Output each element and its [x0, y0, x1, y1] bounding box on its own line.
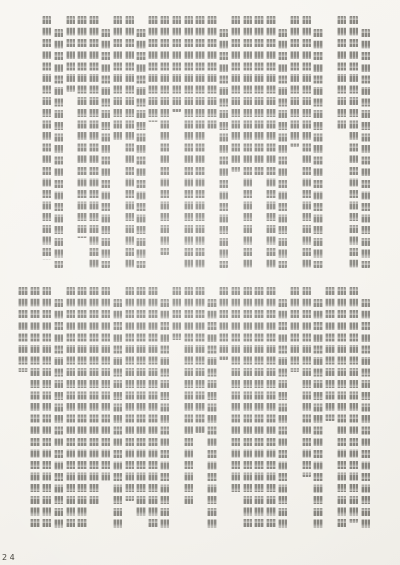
redacted-text-column	[219, 287, 229, 360]
upper-text-block	[38, 16, 370, 268]
page-number: 24	[2, 553, 17, 562]
redacted-text-column	[160, 299, 170, 530]
redacted-text-column	[278, 29, 288, 268]
redacted-text-column	[195, 16, 205, 268]
redacted-text-column	[136, 29, 146, 268]
redacted-text-column	[243, 287, 253, 530]
redacted-text-column	[290, 287, 300, 372]
redacted-text-column	[113, 299, 123, 530]
redacted-text-column	[349, 287, 359, 523]
redacted-text-column	[172, 16, 182, 112]
redacted-text-column	[361, 299, 371, 530]
redacted-text-column	[254, 16, 264, 175]
redacted-text-column	[184, 287, 194, 506]
redacted-text-column	[313, 29, 323, 268]
redacted-text-column	[337, 16, 347, 129]
redacted-text-column	[125, 287, 135, 501]
redacted-text-column	[266, 287, 276, 530]
redacted-text-column	[136, 287, 146, 518]
redacted-text-column	[42, 16, 52, 260]
redacted-text-column	[77, 287, 87, 530]
redacted-text-column	[89, 287, 99, 506]
redacted-text-column	[89, 16, 99, 268]
redacted-text-column	[290, 16, 300, 147]
redacted-text-column	[231, 16, 241, 172]
scanned-page: 24	[0, 0, 400, 565]
redacted-text-column	[302, 287, 312, 477]
redacted-text-column	[231, 287, 241, 494]
redacted-text-column	[54, 29, 64, 268]
redacted-text-column	[207, 16, 217, 129]
redacted-text-column	[207, 299, 217, 530]
redacted-text-column	[66, 16, 76, 92]
redacted-text-column	[219, 29, 229, 268]
redacted-text-column	[113, 16, 123, 142]
redacted-text-column	[160, 16, 170, 255]
redacted-text-column	[66, 287, 76, 530]
redacted-text-column	[254, 287, 264, 530]
redacted-text-column	[278, 299, 288, 530]
redacted-text-column	[325, 287, 335, 421]
redacted-text-column	[172, 287, 182, 340]
redacted-text-column	[195, 287, 205, 433]
redacted-text-column	[18, 287, 28, 372]
redacted-text-column	[125, 16, 135, 268]
redacted-text-column	[184, 16, 194, 268]
redacted-text-column	[266, 16, 276, 268]
redacted-text-column	[148, 287, 158, 530]
redacted-text-column	[54, 299, 64, 530]
redacted-text-column	[30, 287, 40, 530]
redacted-text-column	[101, 29, 111, 268]
redacted-text-column	[101, 287, 111, 481]
redacted-text-column	[148, 16, 158, 122]
lower-text-block	[14, 287, 370, 530]
redacted-text-column	[243, 16, 253, 268]
redacted-text-column	[42, 287, 52, 530]
redacted-text-column	[77, 16, 87, 238]
redacted-text-column	[313, 299, 323, 530]
redacted-text-column	[361, 29, 371, 268]
redacted-text-column	[302, 16, 312, 268]
redacted-text-column	[349, 16, 359, 268]
redacted-text-column	[337, 287, 347, 530]
